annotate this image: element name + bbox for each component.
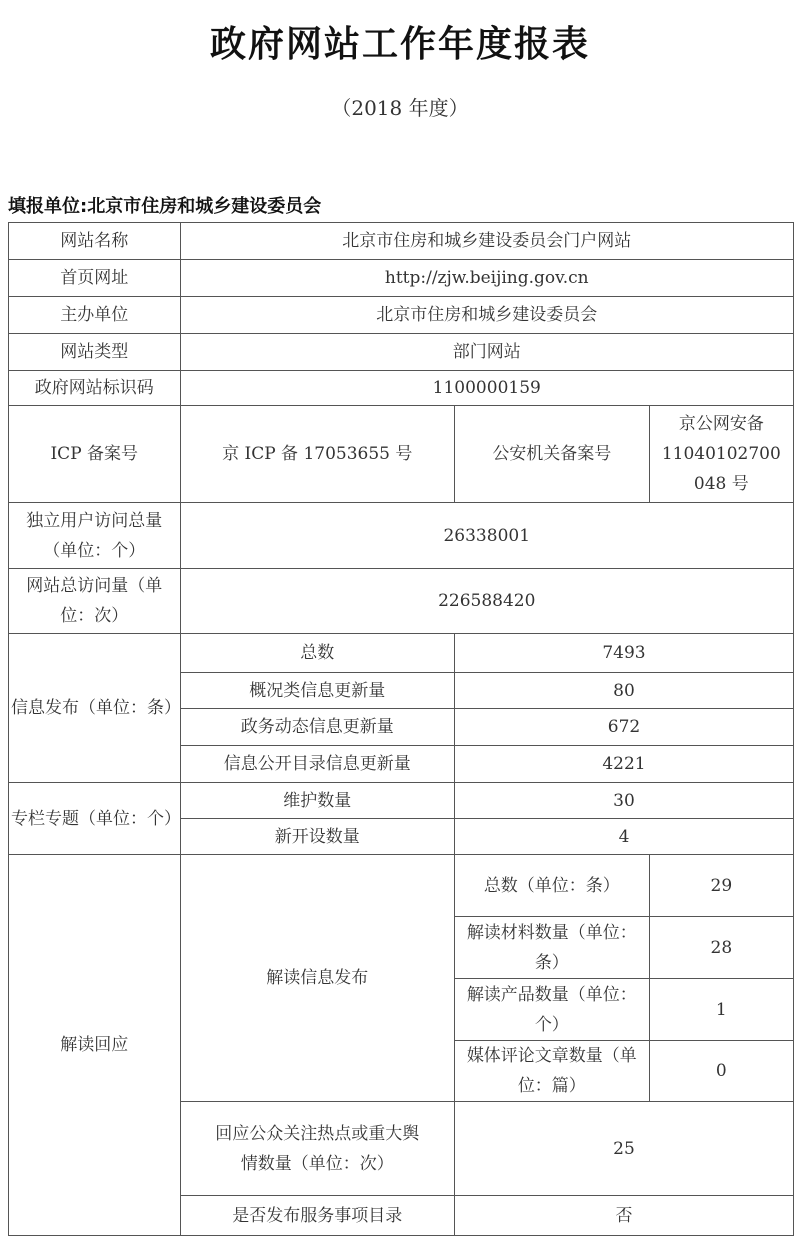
- table-row: 解读回应 解读信息发布 总数（单位：条） 29: [9, 855, 794, 917]
- interp-row-label: 解读产品数量（单位：个）: [454, 979, 649, 1041]
- sponsor-value: 北京市住房和城乡建设委员会: [180, 297, 793, 334]
- info-row-label: 信息公开目录信息更新量: [180, 746, 454, 783]
- icp-value: 京 ICP 备 17053655 号: [180, 406, 454, 503]
- site-type-value: 部门网站: [180, 334, 793, 371]
- interpretation-sub-label: 解读信息发布: [180, 855, 454, 1102]
- total-visits-value: 226588420: [180, 569, 793, 634]
- service-catalog-value: 否: [454, 1196, 793, 1236]
- site-name-value: 北京市住房和城乡建设委员会门户网站: [180, 223, 793, 260]
- interp-row-label: 解读材料数量（单位：条）: [454, 917, 649, 979]
- homepage-label: 首页网址: [9, 260, 181, 297]
- info-row-value: 4221: [454, 746, 793, 783]
- special-row-value: 4: [454, 819, 793, 855]
- site-code-label: 政府网站标识码: [9, 371, 181, 406]
- info-publish-label: 信息发布（单位：条）: [9, 634, 181, 783]
- table-row: 首页网址 http://zjw.beijing.gov.cn: [9, 260, 794, 297]
- police-record-value: 京公网安备 11040102700 048 号: [649, 406, 793, 503]
- special-row-label: 新开设数量: [180, 819, 454, 855]
- table-row: 网站类型 部门网站: [9, 334, 794, 371]
- interp-row-value: 0: [649, 1041, 793, 1102]
- special-row-label: 维护数量: [180, 783, 454, 819]
- table-row: 网站名称 北京市住房和城乡建设委员会门户网站: [9, 223, 794, 260]
- info-row-value: 7493: [454, 634, 793, 673]
- info-row-label: 政务动态信息更新量: [180, 709, 454, 746]
- interp-row-value: 1: [649, 979, 793, 1041]
- interpretation-label: 解读回应: [9, 855, 181, 1236]
- police-record-label: 公安机关备案号: [454, 406, 649, 503]
- table-row: ICP 备案号 京 ICP 备 17053655 号 公安机关备案号 京公网安备…: [9, 406, 794, 503]
- hotspot-label: 回应公众关注热点或重大舆情数量（单位：次）: [180, 1102, 454, 1196]
- info-row-value: 672: [454, 709, 793, 746]
- page-title: 政府网站工作年度报表: [0, 16, 800, 67]
- special-row-value: 30: [454, 783, 793, 819]
- table-row: 政府网站标识码 1100000159: [9, 371, 794, 406]
- interp-row-value: 28: [649, 917, 793, 979]
- homepage-value: http://zjw.beijing.gov.cn: [180, 260, 793, 297]
- sponsor-label: 主办单位: [9, 297, 181, 334]
- table-row: 独立用户访问总量（单位：个） 26338001: [9, 503, 794, 569]
- table-row: 专栏专题（单位：个） 维护数量 30: [9, 783, 794, 819]
- report-table: 网站名称 北京市住房和城乡建设委员会门户网站 首页网址 http://zjw.b…: [8, 222, 794, 1236]
- unique-visitors-label: 独立用户访问总量（单位：个）: [9, 503, 181, 569]
- info-row-label: 总数: [180, 634, 454, 673]
- info-row-value: 80: [454, 673, 793, 709]
- total-visits-label: 网站总访问量（单位：次）: [9, 569, 181, 634]
- interp-row-label: 总数（单位：条）: [454, 855, 649, 917]
- site-name-label: 网站名称: [9, 223, 181, 260]
- site-type-label: 网站类型: [9, 334, 181, 371]
- table-row: 网站总访问量（单位：次） 226588420: [9, 569, 794, 634]
- info-row-label: 概况类信息更新量: [180, 673, 454, 709]
- interp-row-label: 媒体评论文章数量（单位：篇）: [454, 1041, 649, 1102]
- special-columns-label: 专栏专题（单位：个）: [9, 783, 181, 855]
- service-catalog-label: 是否发布服务事项目录: [180, 1196, 454, 1236]
- report-year: （2018 年度）: [0, 92, 800, 121]
- table-row: 主办单位 北京市住房和城乡建设委员会: [9, 297, 794, 334]
- table-row: 信息发布（单位：条） 总数 7493: [9, 634, 794, 673]
- icp-label: ICP 备案号: [9, 406, 181, 503]
- site-code-value: 1100000159: [180, 371, 793, 406]
- filler-unit: 填报单位:北京市住房和城乡建设委员会: [8, 192, 321, 218]
- unique-visitors-value: 26338001: [180, 503, 793, 569]
- interp-row-value: 29: [649, 855, 793, 917]
- hotspot-value: 25: [454, 1102, 793, 1196]
